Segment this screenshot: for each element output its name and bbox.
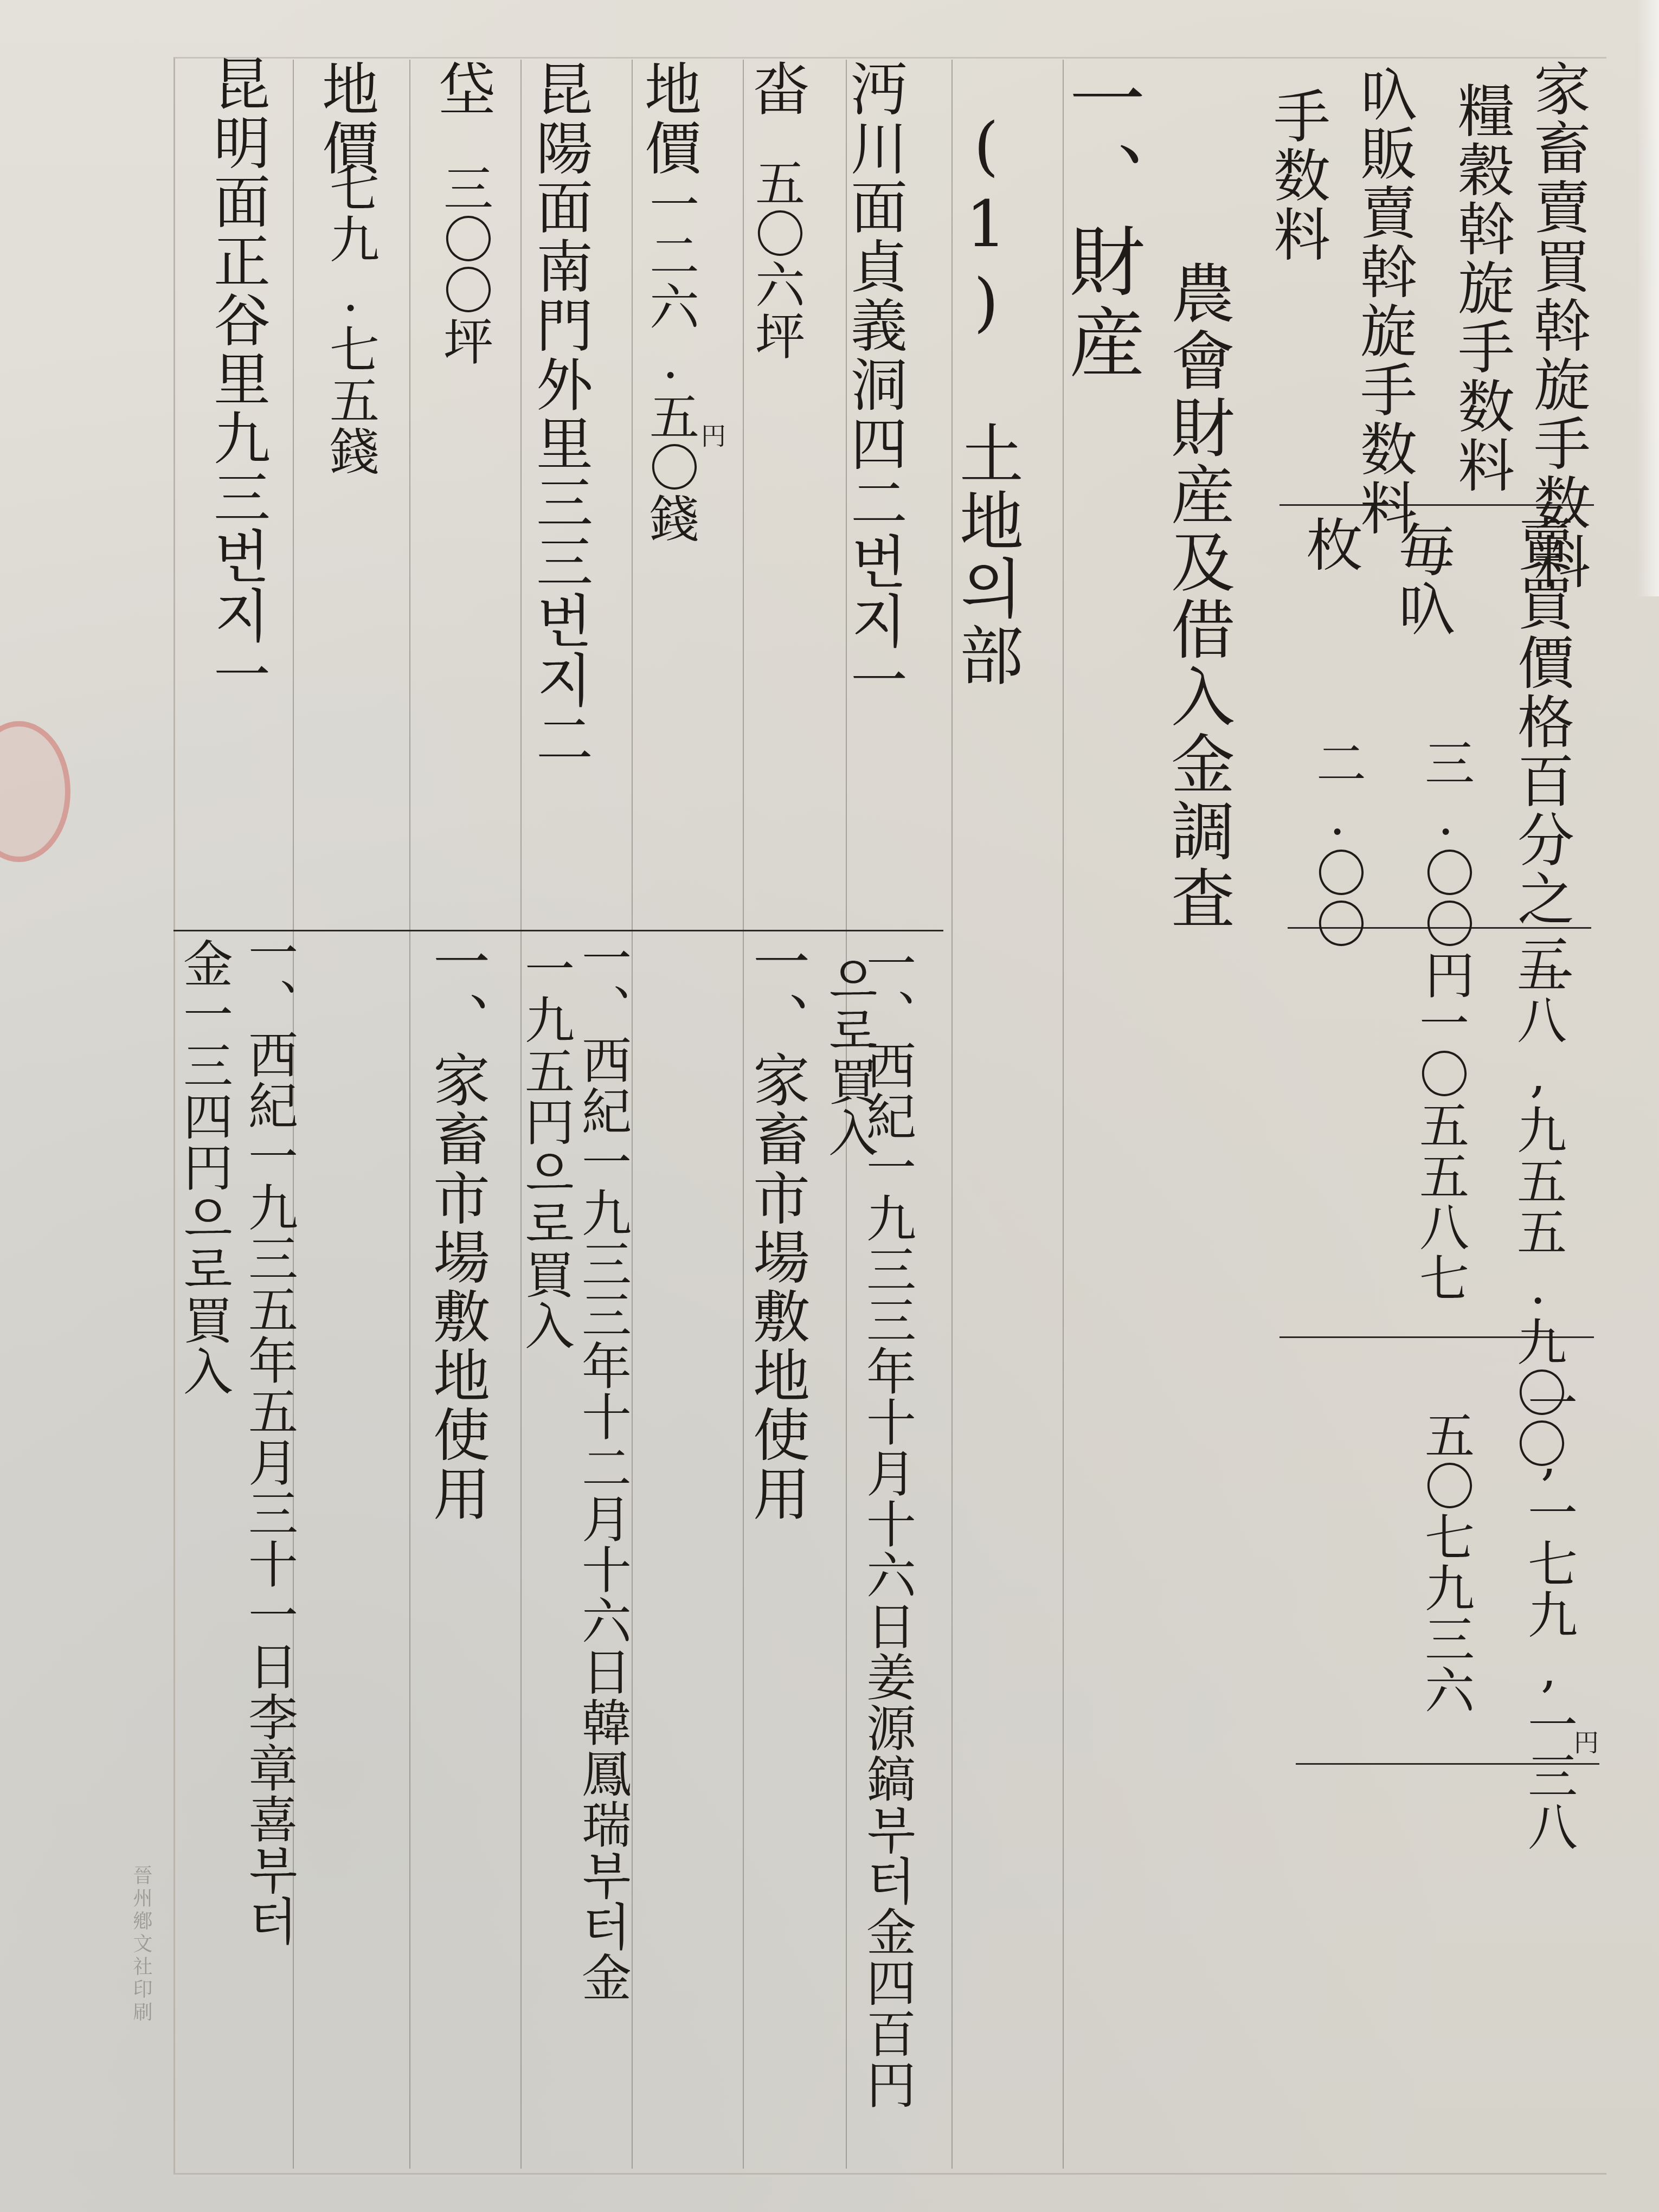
fee-item-3-rate: 二.〇〇 [1312, 737, 1362, 949]
land-2-area: 三〇〇坪 [439, 163, 489, 366]
note-4-line1: 一、家畜市場敷地使用 [428, 933, 485, 1523]
note-3-line2: 一九五円으로買入 [520, 943, 570, 1351]
fee-item-1-basis: 賣買價格百分之二 [1513, 515, 1570, 988]
note-1-line2: 으로買入 [824, 954, 874, 1158]
fee-item-2-label: 糧穀斡旋手数料 [1453, 81, 1510, 495]
land-2-price: 七九.七五錢 [325, 163, 375, 477]
note-5-line2: 金一三四円으로買入 [179, 938, 229, 1397]
land-1-price-unit: 円 [699, 423, 724, 448]
land-2-location: 昆陽面南門外里三三번지二 [531, 60, 588, 769]
page-edge [1637, 0, 1659, 596]
section-subheading: (1) 土地의部 [954, 108, 1018, 690]
section-heading: 一、財産 [1063, 60, 1139, 385]
document-title: 農會財産及借入金調査 [1166, 260, 1230, 933]
land-1-type: 畓 [748, 60, 805, 119]
land-2-price-label: 地價 [317, 60, 374, 178]
land-3-location: 昆明面正谷里九三번지一 [209, 54, 266, 704]
note-5-line1: 一、西紀一九三五年五月三十一日李章喜부터 [244, 927, 294, 1946]
document-page: 家畜賣買斡旋手数料 糧穀斡旋手数料 叺販賣斡旋手数料 手数料 賣買價格百分之二 … [0, 0, 1659, 2212]
fee-item-2-rate: 三.〇〇円 [1420, 737, 1470, 1000]
fee-item-2-amount: 一〇五五八七 [1415, 998, 1465, 1303]
land-1-price: 一二六.五〇錢 [645, 179, 695, 544]
note-3-line1: 一、西紀一九三三年十二月十六日韓鳳瑞부터金 [577, 933, 627, 2003]
land-2-type: 垈 [434, 60, 491, 119]
land-1-price-label: 地價 [640, 60, 697, 178]
fee-item-1-label: 家畜賣買斡旋手数料 [1529, 60, 1586, 591]
red-seal-stamp [0, 721, 70, 862]
fee-total-2: 五〇七九三六 [1420, 1410, 1470, 1715]
column-rule [409, 60, 410, 2169]
note-2-line1: 一、家畜市場敷地使用 [748, 933, 805, 1523]
fee-total-1: 一,一七九,一三八 [1523, 1377, 1573, 1852]
fee-item-3-label: 叺販賣斡旋手数料 [1355, 65, 1412, 538]
fee-item-4-label: 手数料 [1269, 87, 1326, 264]
printer-mark: 晉州鄕文社印刷 [127, 1865, 155, 2024]
fee-total-1-unit: 円 [1572, 1729, 1597, 1754]
land-1-location: 沔川面貞義洞四二번지一 [846, 60, 903, 710]
column-rule [632, 60, 633, 2169]
fee-item-2-basis: 毎叺 [1393, 520, 1450, 639]
fee-item-3-basis: 枚 [1301, 515, 1358, 574]
land-1-area: 五〇六坪 [751, 157, 801, 361]
